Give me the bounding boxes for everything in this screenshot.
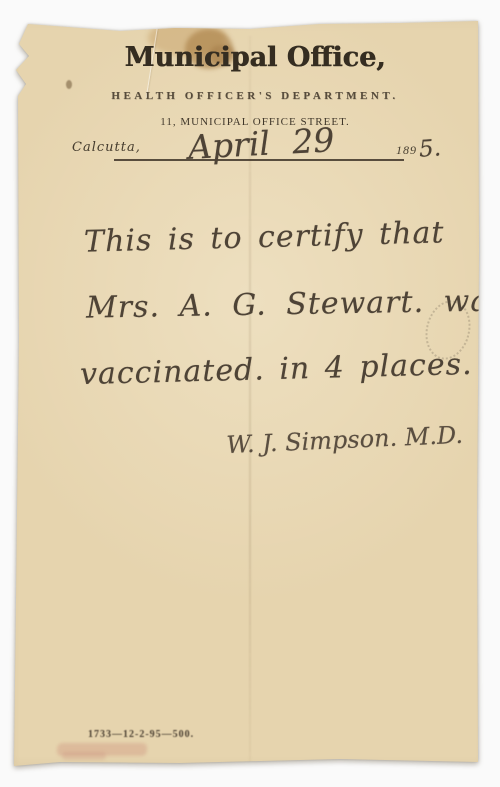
handwritten-year-suffix: 5.	[418, 135, 442, 162]
printed-year-prefix: 189	[396, 143, 417, 158]
paper-shadow-wrapper: Municipal Office, HEALTH OFFICER'S DEPAR…	[0, 0, 500, 787]
handwritten-date: April 29	[187, 120, 335, 167]
printer-imprint: 1733—12-2-95—500.	[88, 729, 194, 740]
certificate-paper: Municipal Office, HEALTH OFFICER'S DEPAR…	[0, 0, 500, 787]
signature: W. J. Simpson. M.D.	[225, 421, 464, 459]
ink-speck	[66, 80, 72, 89]
office-title: Municipal Office,	[60, 42, 450, 73]
faded-accession-stamp-lower	[62, 752, 106, 760]
body-line-3: vaccinated. in 4 places.	[80, 347, 473, 392]
body-line-2: Mrs. A. G. Stewart. was	[86, 283, 500, 325]
department-line: HEALTH OFFICER'S DEPARTMENT.	[60, 90, 450, 102]
scanned-page: Municipal Office, HEALTH OFFICER'S DEPAR…	[0, 0, 500, 787]
place-label: Calcutta,	[72, 140, 141, 155]
body-line-1: This is to certify that	[84, 215, 445, 259]
